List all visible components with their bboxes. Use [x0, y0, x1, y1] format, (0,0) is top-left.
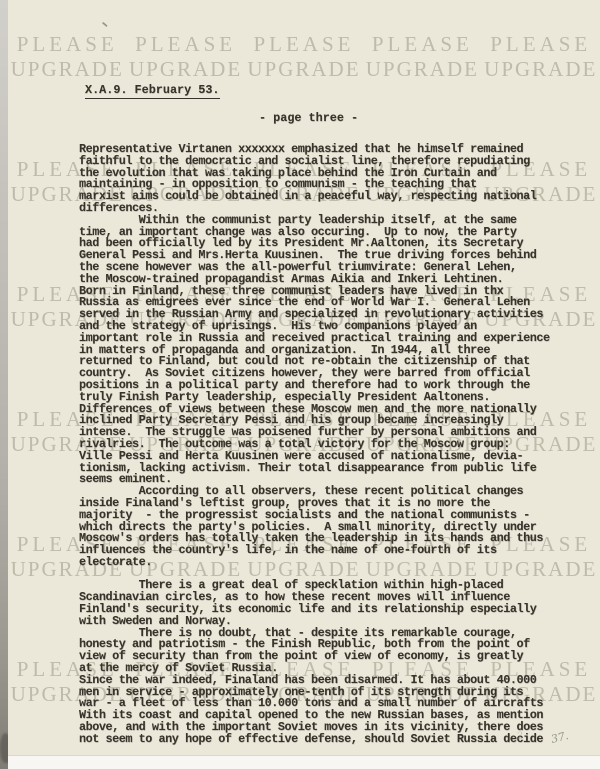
- text-line: electorate.: [79, 557, 600, 569]
- scan-edge-left: [0, 0, 8, 769]
- scan-edge-bottom: [8, 755, 600, 769]
- document-body: Representative Virtanen xxxxxxx emphasiz…: [79, 144, 600, 746]
- text-line: influences the country's life, in the na…: [79, 545, 600, 557]
- text-line: not seem to any hope of effective defens…: [79, 734, 600, 746]
- document-page: PLEASEPLEASEPLEASEPLEASEPLEASEUPGRADEUPG…: [8, 0, 600, 755]
- page-label: - page three -: [259, 112, 358, 124]
- scanned-document: PLEASEPLEASEPLEASEPLEASEPLEASEUPGRADEUPG…: [0, 0, 600, 769]
- document-content: X.A.9. February 53. - page three - Repre…: [8, 0, 600, 755]
- document-reference: X.A.9. February 53.: [85, 84, 220, 99]
